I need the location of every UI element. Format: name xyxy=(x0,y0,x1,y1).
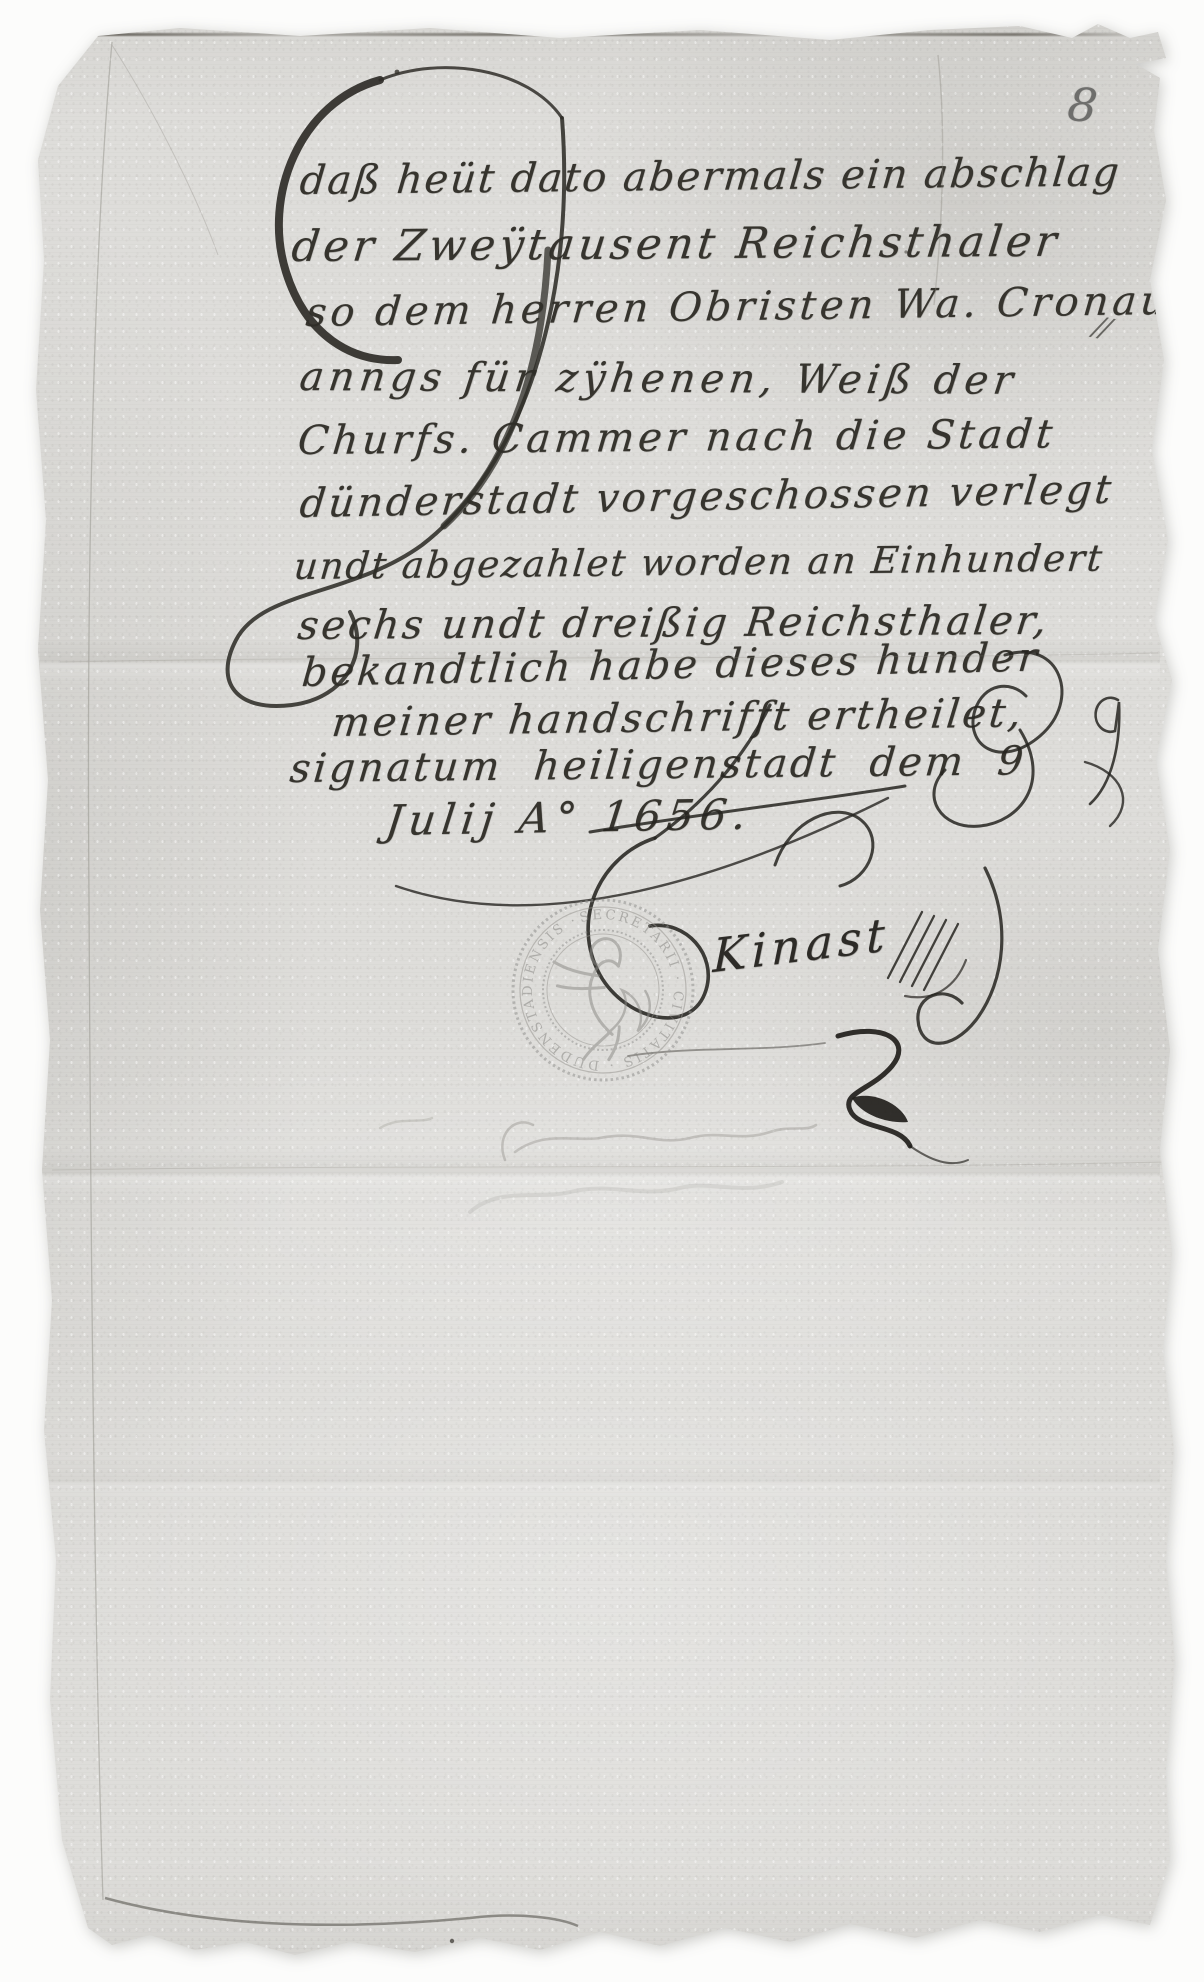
manuscript-line: undt abgezahlet worden an Einhundert xyxy=(292,536,1106,588)
ink-specks xyxy=(10,70,908,1944)
manuscript-line: anngs für zÿhenen, Weiß der xyxy=(297,354,1020,404)
bracket-flourish xyxy=(628,1031,968,1163)
manuscript-line: dünderstadt vorgeschossen verlegt xyxy=(298,467,1117,527)
manuscript-line: der Zweÿtausent Reichsthaler xyxy=(289,217,1063,272)
lion-rampant-icon xyxy=(548,931,663,1068)
torn-bottom-edge xyxy=(105,1898,578,1926)
page-number: 8 xyxy=(1065,77,1100,134)
manuscript-line: daß heüt dato abermals ein abschlag xyxy=(298,149,1123,204)
fold-crease xyxy=(40,1458,1160,1504)
paper-shadow-wrap: 8 ⁄⁄ daß heüt dato abermals ein abschlag… xyxy=(0,0,1204,1982)
manuscript-line: so dem herren Obristen Wa. Cronau xyxy=(304,278,1172,336)
signature-name: Kinast xyxy=(712,907,890,983)
manuscript-line: Churfs. Cammer nach die Stadt xyxy=(296,411,1059,464)
manuscript-line: signatum heiligenstadt dem 9 xyxy=(288,738,1028,792)
manuscript-line: meiner handschrifft ertheilet, xyxy=(329,690,1026,746)
svg-text:SECRETARII · CIVITATIS · DUDEN: SECRETARII · CIVITATIS · DUDENSTADIENSIS… xyxy=(498,885,707,1094)
fold-crease xyxy=(40,1150,1160,1196)
manuscript-line: Julij A° 1656. xyxy=(383,790,755,846)
manuscript-page: 8 ⁄⁄ daß heüt dato abermals ein abschlag… xyxy=(0,0,1204,1982)
scanned-manuscript: 8 ⁄⁄ daß heüt dato abermals ein abschlag… xyxy=(0,0,1204,1982)
torn-top-edge xyxy=(96,33,1140,36)
city-seal: SECRETARII · CIVITATIS · DUDENSTADIENSIS… xyxy=(490,877,717,1104)
seal-legend: SECRETARII · CIVITATIS · DUDENSTADIENSIS… xyxy=(498,885,707,1094)
